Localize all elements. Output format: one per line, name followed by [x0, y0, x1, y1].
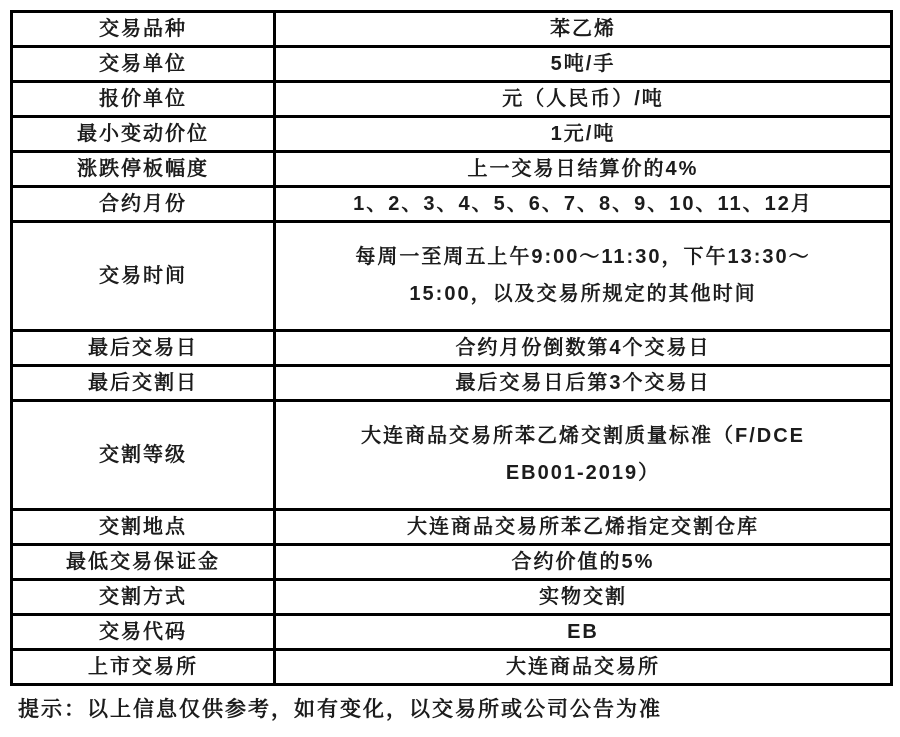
spec-value-cell: 每周一至周五上午9:00～11:30，下午13:30～ 15:00，以及交易所规… [275, 222, 892, 331]
spec-value-cell: 1元/吨 [275, 117, 892, 152]
spec-label-cell: 最后交易日 [12, 331, 275, 366]
spec-value-cell: 1、2、3、4、5、6、7、8、9、10、11、12月 [275, 187, 892, 222]
contract-spec-table-body: 交易品种苯乙烯交易单位5吨/手报价单位元（人民币）/吨最小变动价位1元/吨涨跌停… [12, 12, 892, 685]
spec-label-cell: 涨跌停板幅度 [12, 152, 275, 187]
footer-note: 提示：以上信息仅供参考，如有变化，以交易所或公司公告为准 [18, 696, 888, 724]
table-row: 交割等级大连商品交易所苯乙烯交割质量标准（F/DCE EB001-2019） [12, 401, 892, 510]
table-row: 最低交易保证金合约价值的5% [12, 545, 892, 580]
table-row: 交易品种苯乙烯 [12, 12, 892, 47]
spec-value-cell: 元（人民币）/吨 [275, 82, 892, 117]
spec-value-cell: 合约价值的5% [275, 545, 892, 580]
spec-label-cell: 交割地点 [12, 510, 275, 545]
spec-label-cell: 最后交割日 [12, 366, 275, 401]
spec-label-cell: 最低交易保证金 [12, 545, 275, 580]
contract-spec-table: 交易品种苯乙烯交易单位5吨/手报价单位元（人民币）/吨最小变动价位1元/吨涨跌停… [10, 10, 893, 686]
spec-value-cell: 大连商品交易所 [275, 650, 892, 685]
spec-label-cell: 最小变动价位 [12, 117, 275, 152]
spec-value-cell: 最后交易日后第3个交易日 [275, 366, 892, 401]
spec-label-cell: 报价单位 [12, 82, 275, 117]
table-row: 涨跌停板幅度上一交易日结算价的4% [12, 152, 892, 187]
spec-value-cell: 5吨/手 [275, 47, 892, 82]
spec-label-cell: 合约月份 [12, 187, 275, 222]
spec-label-cell: 交易品种 [12, 12, 275, 47]
table-row: 合约月份1、2、3、4、5、6、7、8、9、10、11、12月 [12, 187, 892, 222]
table-row: 交割方式实物交割 [12, 580, 892, 615]
spec-value-cell: 实物交割 [275, 580, 892, 615]
spec-label-cell: 交割等级 [12, 401, 275, 510]
spec-value-cell: 苯乙烯 [275, 12, 892, 47]
table-row: 最后交割日最后交易日后第3个交易日 [12, 366, 892, 401]
table-row: 交割地点大连商品交易所苯乙烯指定交割仓库 [12, 510, 892, 545]
table-row: 上市交易所大连商品交易所 [12, 650, 892, 685]
spec-value-cell: 上一交易日结算价的4% [275, 152, 892, 187]
spec-value-cell: 大连商品交易所苯乙烯指定交割仓库 [275, 510, 892, 545]
spec-label-cell: 交易代码 [12, 615, 275, 650]
spec-label-cell: 上市交易所 [12, 650, 275, 685]
spec-label-cell: 交易时间 [12, 222, 275, 331]
table-row: 交易代码EB [12, 615, 892, 650]
table-row: 交易时间每周一至周五上午9:00～11:30，下午13:30～ 15:00，以及… [12, 222, 892, 331]
spec-label-cell: 交易单位 [12, 47, 275, 82]
spec-value-cell: 大连商品交易所苯乙烯交割质量标准（F/DCE EB001-2019） [275, 401, 892, 510]
table-row: 最小变动价位1元/吨 [12, 117, 892, 152]
spec-label-cell: 交割方式 [12, 580, 275, 615]
table-row: 交易单位5吨/手 [12, 47, 892, 82]
table-row: 最后交易日合约月份倒数第4个交易日 [12, 331, 892, 366]
spec-value-cell: 合约月份倒数第4个交易日 [275, 331, 892, 366]
spec-value-cell: EB [275, 615, 892, 650]
page: 交易品种苯乙烯交易单位5吨/手报价单位元（人民币）/吨最小变动价位1元/吨涨跌停… [0, 0, 900, 737]
table-row: 报价单位元（人民币）/吨 [12, 82, 892, 117]
